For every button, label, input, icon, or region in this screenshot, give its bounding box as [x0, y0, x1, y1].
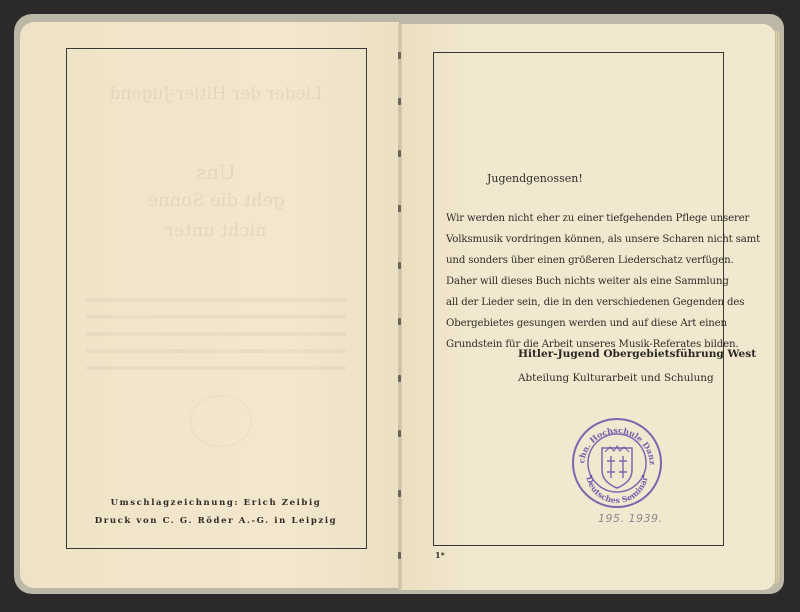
library-stamp-icon: Techn. Hochschule Danzig Deutsches Semin…	[570, 416, 664, 510]
body-line: all der Lieder sein, die in den verschie…	[446, 292, 711, 313]
body-line: Volksmusik vordringen können, als unsere…	[446, 229, 711, 250]
signature-department: Abteilung Kulturarbeit und Schulung	[518, 372, 714, 384]
show-through-line: Uns	[86, 160, 346, 184]
foreword-body: Wir werden nicht eher zu einer tiefgehen…	[446, 208, 711, 355]
body-line: Obergebietes gesungen werden und auf die…	[446, 313, 711, 334]
printer-credit: Druck von C. G. Röder A.-G. in Leipzig	[66, 512, 366, 530]
binding-stitch	[398, 205, 401, 212]
book-gutter	[398, 24, 402, 590]
signature-organization: Hitler-Jugend Obergebietsführung West	[518, 348, 756, 360]
handwritten-accession-date: 195. 1939.	[598, 512, 662, 525]
show-through-block	[86, 290, 346, 380]
binding-stitch	[398, 552, 401, 559]
binding-stitch	[398, 262, 401, 269]
show-through-stamp	[190, 395, 252, 447]
show-through-line: geht die Sonne	[86, 190, 346, 211]
signature-mark: 1*	[435, 550, 445, 560]
binding-stitch	[398, 98, 401, 105]
binding-stitch	[398, 375, 401, 382]
greeting-heading: Jugendgenossen!	[487, 172, 752, 185]
binding-stitch	[398, 430, 401, 437]
binding-stitch	[398, 52, 401, 59]
show-through-title: Lieder der Hitler-Jugend	[86, 84, 346, 104]
binding-stitch	[398, 490, 401, 497]
left-page-credits: Umschlagzeichnung: Erich Zeibig Druck vo…	[66, 494, 366, 530]
show-through-line: nicht unter	[86, 220, 346, 241]
body-line: und sonders über einen größeren Liedersc…	[446, 250, 711, 271]
binding-stitch	[398, 150, 401, 157]
body-line: Daher will dieses Buch nichts weiter als…	[446, 271, 711, 292]
binding-stitch	[398, 318, 401, 325]
body-line: Wir werden nicht eher zu einer tiefgehen…	[446, 208, 711, 229]
cover-design-credit: Umschlagzeichnung: Erich Zeibig	[66, 494, 366, 512]
